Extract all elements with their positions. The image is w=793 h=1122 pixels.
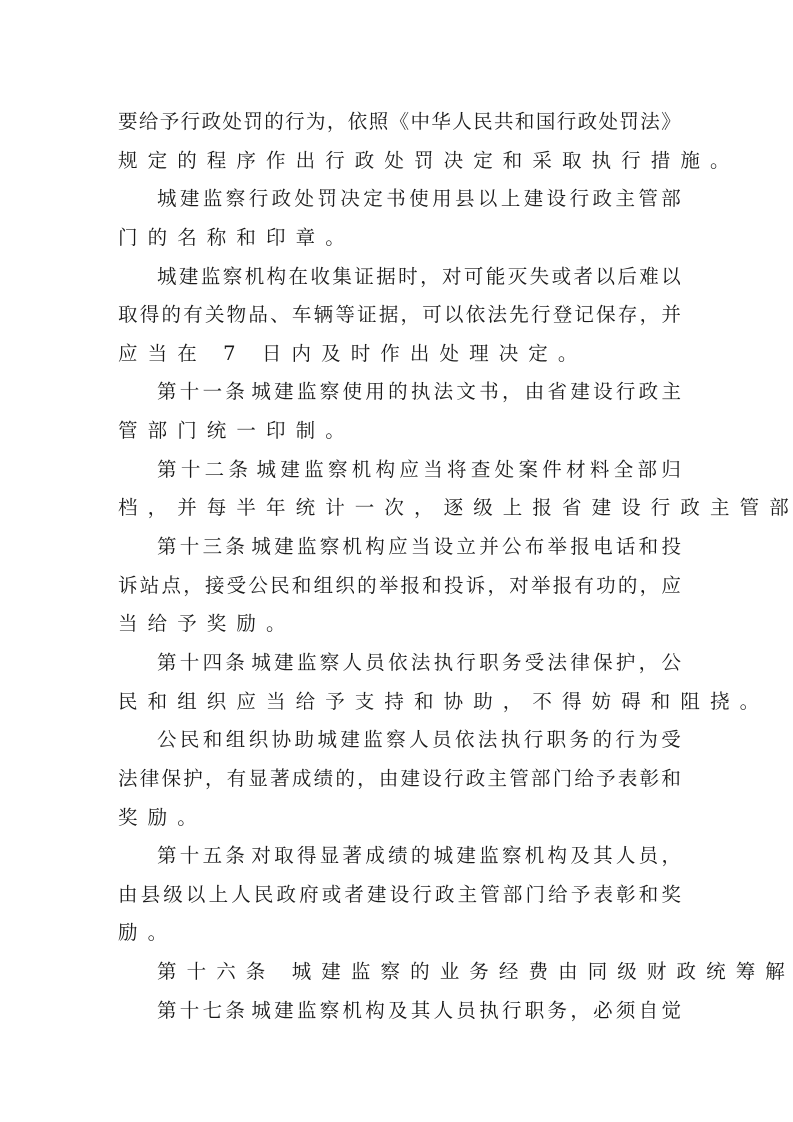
text-line: 奖励。 bbox=[118, 799, 681, 838]
text-line: 门的名称和印章。 bbox=[118, 219, 681, 258]
text-line: 第十一条 城建监察使用的执法文书，由省建设行政主 bbox=[118, 373, 681, 412]
text-line: 诉站点，接受公民和组织的举报和投诉，对举报有功的，应 bbox=[118, 567, 681, 606]
text-line: 规定的程序作出行政处罚决定和采取执行措施。 bbox=[118, 142, 681, 181]
text-line-content: 民和组织应当给予支持和协助，不得妨碍和阻挠。 bbox=[118, 683, 769, 722]
text-line: 第十四条 城建监察人员依法执行职务受法律保护，公 bbox=[118, 644, 681, 683]
text-line: 第十二条 城建监察机构应当将查处案件材料全部归 bbox=[118, 451, 681, 490]
text-line: 由县级以上人民政府或者建设行政主管部门给予表彰和奖 bbox=[118, 876, 681, 915]
text-line: 城建监察行政处罚决定书使用县以上建设行政主管部 bbox=[118, 180, 681, 219]
text-line-content: 规定的程序作出行政处罚决定和采取执行措施。 bbox=[118, 142, 740, 181]
text-line: 要给予行政处罚的行为，依照《中华人民共和国行政处罚法》 bbox=[118, 103, 681, 142]
text-line: 应当在 7 日内及时作出处理决定。 bbox=[118, 335, 681, 374]
text-line: 公民和组织协助城建监察人员依法执行职务的行为受 bbox=[118, 721, 681, 760]
text-line: 民和组织应当给予支持和协助，不得妨碍和阻挠。 bbox=[118, 683, 681, 722]
text-line: 档，并每半年统计一次，逐级上报省建设行政主管部门。 bbox=[118, 489, 681, 528]
text-line: 第十三条 城建监察机构应当设立并公布举报电话和投 bbox=[118, 528, 681, 567]
text-line-content: 档，并每半年统计一次，逐级上报省建设行政主管部门。 bbox=[118, 489, 793, 528]
text-line: 管部门统一印制。 bbox=[118, 412, 681, 451]
text-line: 取得的有关物品、车辆等证据，可以依法先行登记保存，并 bbox=[118, 296, 681, 335]
text-line: 励。 bbox=[118, 914, 681, 953]
text-line: 城建监察机构在收集证据时，对可能灭失或者以后难以 bbox=[118, 258, 681, 297]
text-line-content: 管部门统一印制。 bbox=[118, 412, 355, 451]
text-line-content: 励。 bbox=[118, 914, 177, 953]
document-body: 要给予行政处罚的行为，依照《中华人民共和国行政处罚法》规定的程序作出行政处罚决定… bbox=[118, 103, 681, 1030]
text-line: 当给予奖励。 bbox=[118, 605, 681, 644]
text-line-content: 奖励。 bbox=[118, 799, 207, 838]
text-line-content: 第十六条 城建监察的业务经费由同级财政统筹解决。 bbox=[157, 953, 793, 992]
text-line: 第十七条 城建监察机构及其人员执行职务，必须自觉 bbox=[118, 992, 681, 1031]
text-line: 法律保护，有显著成绩的，由建设行政主管部门给予表彰和 bbox=[118, 760, 681, 799]
text-line-content: 应当在 7 日内及时作出处理决定。 bbox=[118, 335, 588, 374]
text-line-content: 当给予奖励。 bbox=[118, 605, 296, 644]
text-line: 第十六条 城建监察的业务经费由同级财政统筹解决。 bbox=[118, 953, 681, 992]
text-line-content: 门的名称和印章。 bbox=[118, 219, 355, 258]
text-line: 第十五条 对取得显著成绩的城建监察机构及其人员， bbox=[118, 837, 681, 876]
document-page: 要给予行政处罚的行为，依照《中华人民共和国行政处罚法》规定的程序作出行政处罚决定… bbox=[0, 0, 793, 1122]
